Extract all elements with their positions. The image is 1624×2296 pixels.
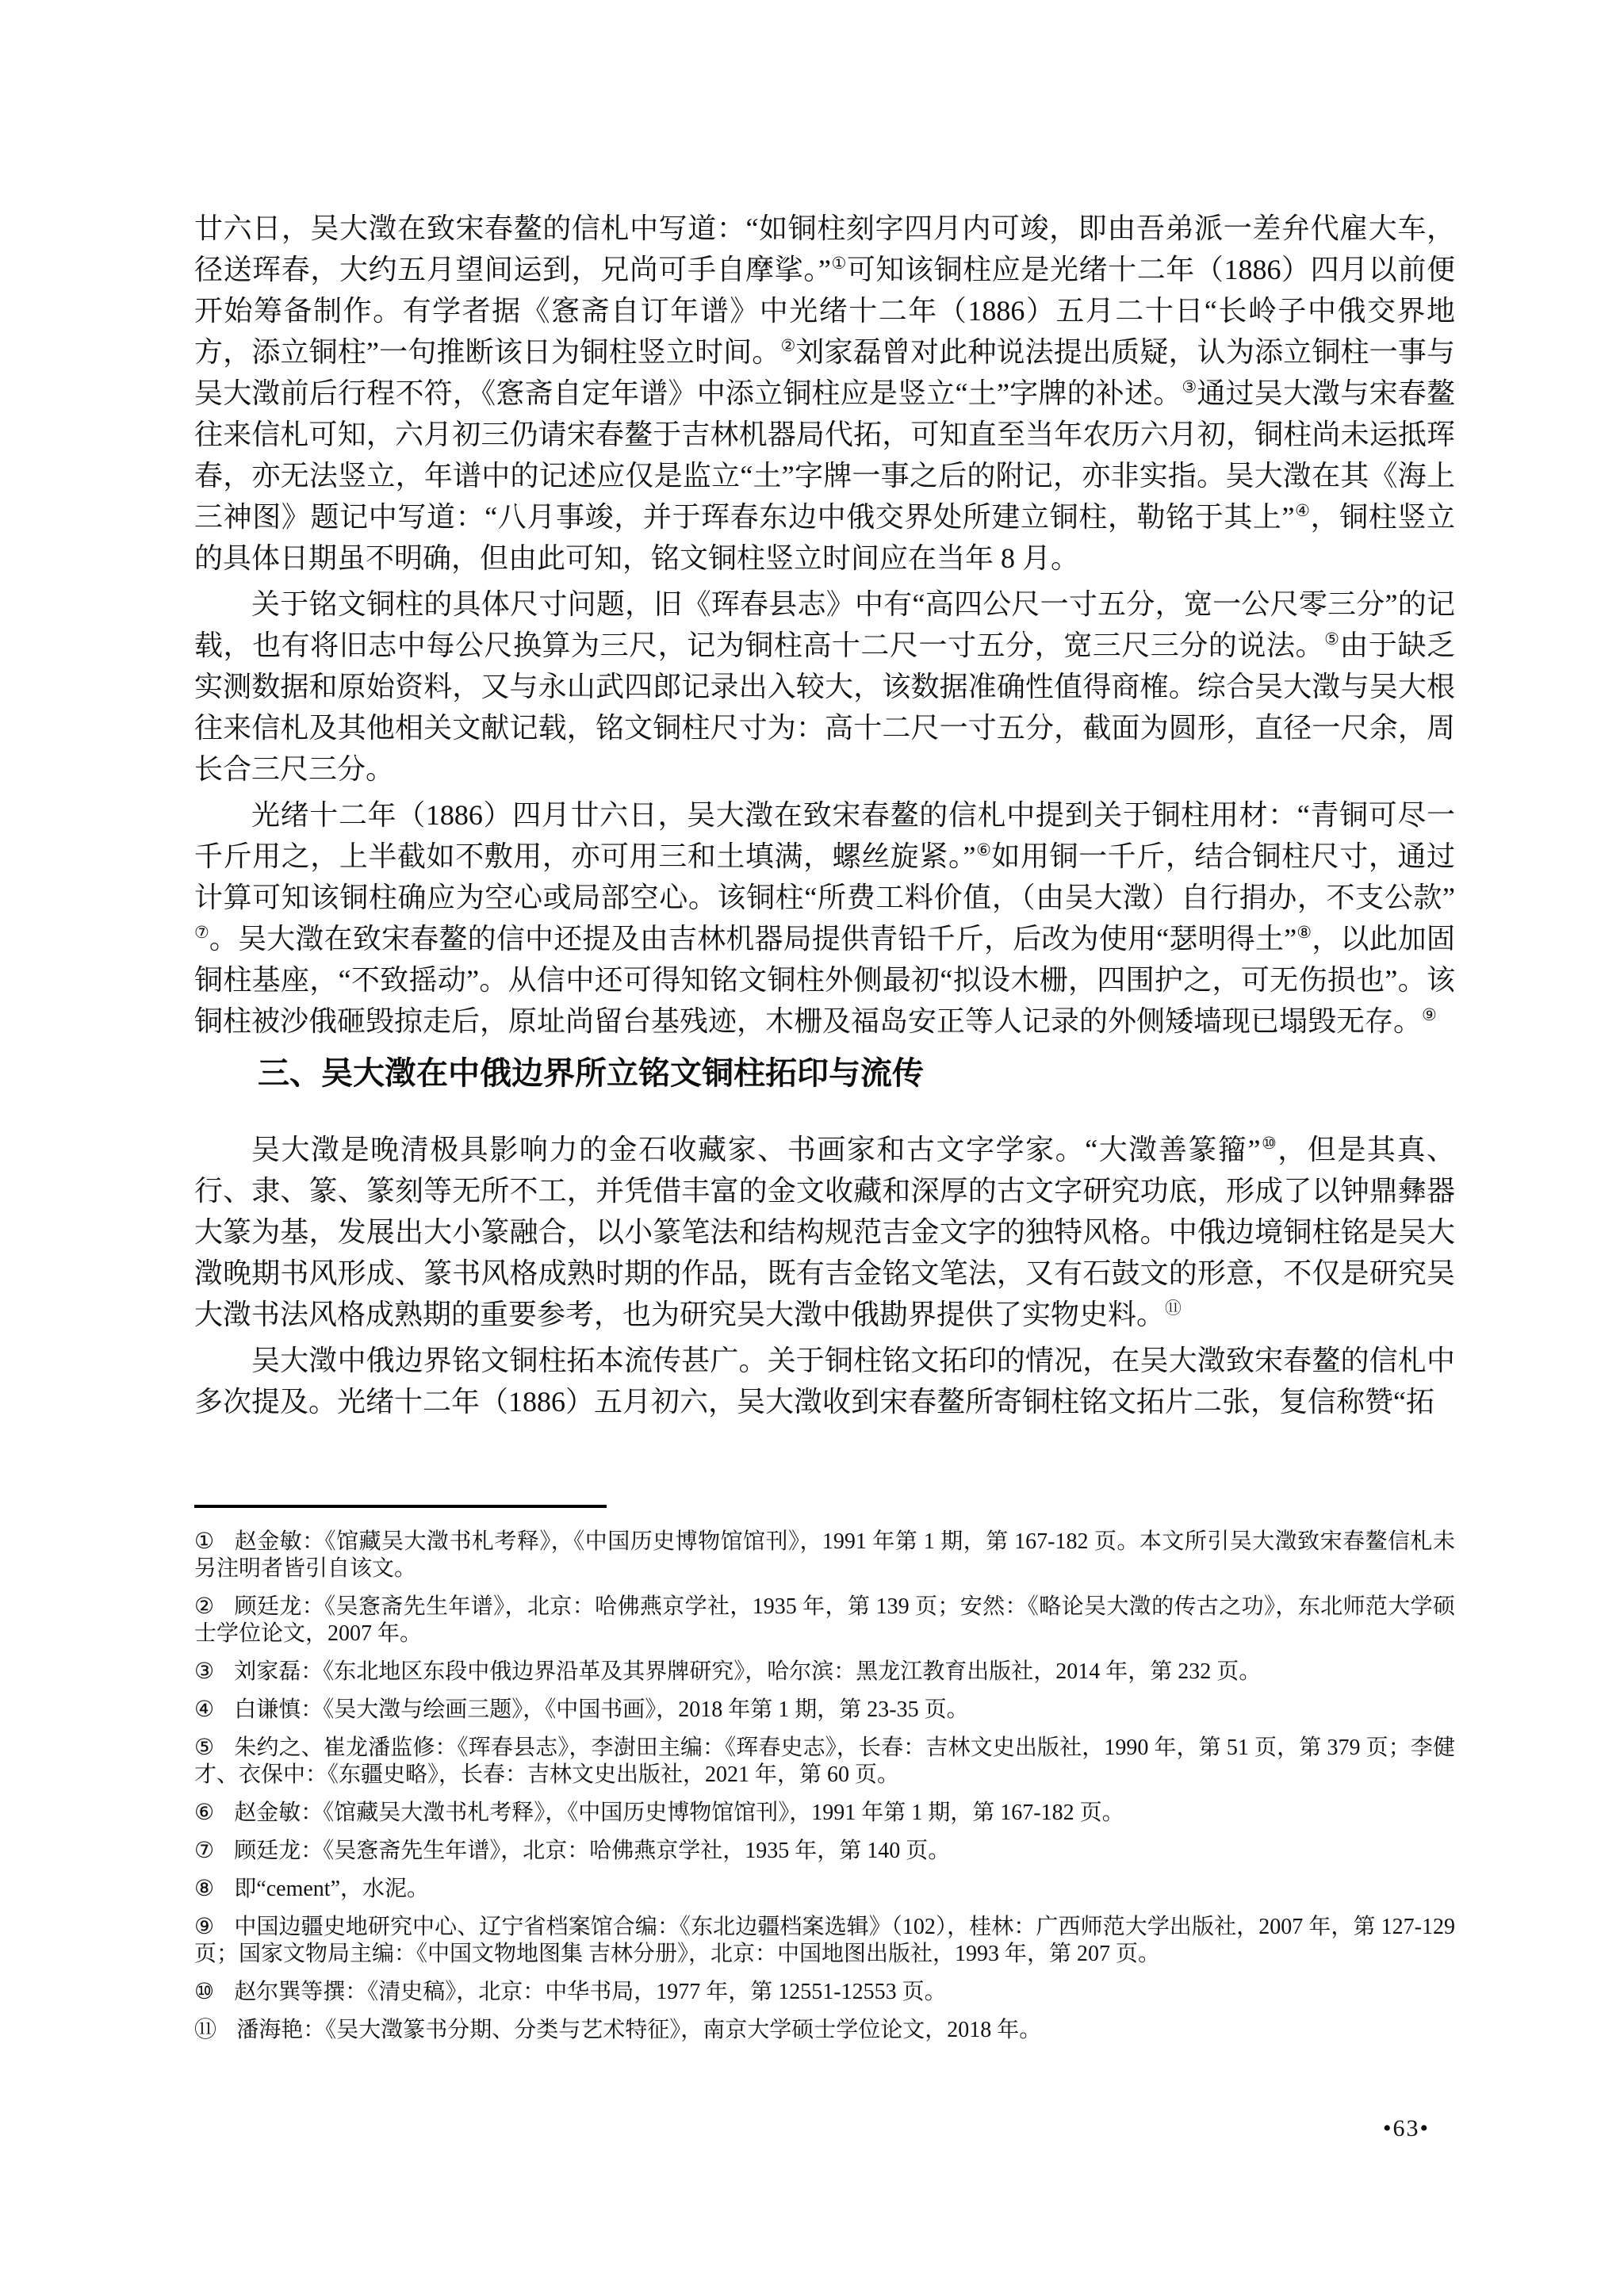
footnote-marker: ④ bbox=[194, 1697, 214, 1722]
footnote-8: ⑧即“cement”，水泥。 bbox=[194, 1876, 1455, 1903]
footnote-marker: ⑩ bbox=[194, 1980, 214, 2004]
paragraph-3: 光绪十二年（1886）四月廿六日，吴大澂在致宋春鳌的信札中提到关于铜柱用材：“青… bbox=[194, 794, 1455, 1042]
footnote-marker: ⑪ bbox=[194, 2018, 216, 2042]
footnote-text: 顾廷龙：《吴愙斋先生年谱》，北京：哈佛燕京学社，1935 年，第 139 页；安… bbox=[194, 1594, 1455, 1646]
paragraph-4: 吴大澂是晚清极具影响力的金石收藏家、书画家和古文字学家。“大澂善篆籀”⑩，但是其… bbox=[194, 1129, 1455, 1335]
footnote-11: ⑪潘海艳：《吴大澂篆书分期、分类与艺术特征》，南京大学硕士学位论文，2018 年… bbox=[194, 2017, 1455, 2044]
paragraph-1: 廿六日，吴大澂在致宋春鳌的信札中写道：“如铜柱刻字四月内可竣，即由吾弟派一差弁代… bbox=[194, 208, 1455, 579]
footnote-marker: ⑤ bbox=[194, 1735, 214, 1760]
footnotes-section: ①赵金敏：《馆藏吴大澂书札考释》，《中国历史博物馆馆刊》，1991 年第 1 期… bbox=[194, 1505, 1455, 2055]
footnote-text: 顾廷龙：《吴愙斋先生年谱》，北京：哈佛燕京学社，1935 年，第 140 页。 bbox=[234, 1839, 950, 1863]
footnote-marker: ⑦ bbox=[194, 1839, 214, 1863]
footnote-text: 即“cement”，水泥。 bbox=[234, 1877, 429, 1901]
footnote-4: ④白谦慎：《吴大澂与绘画三题》，《中国书画》，2018 年第 1 期，第 23-… bbox=[194, 1697, 1455, 1724]
article-body: 廿六日，吴大澂在致宋春鳌的信札中写道：“如铜柱刻字四月内可竣，即由吾弟派一差弁代… bbox=[194, 208, 1455, 1427]
footnote-1: ①赵金敏：《馆藏吴大澂书札考释》，《中国历史博物馆馆刊》，1991 年第 1 期… bbox=[194, 1529, 1455, 1582]
footnote-text: 朱约之、崔龙潘监修：《珲春县志》，李澍田主编：《珲春史志》，长春：吉林文史出版社… bbox=[194, 1735, 1455, 1787]
footnote-2: ②顾廷龙：《吴愙斋先生年谱》，北京：哈佛燕京学社，1935 年，第 139 页；… bbox=[194, 1594, 1455, 1647]
document-page: 廿六日，吴大澂在致宋春鳌的信札中写道：“如铜柱刻字四月内可竣，即由吾弟派一差弁代… bbox=[0, 0, 1624, 2296]
footnote-text: 刘家磊：《东北地区东段中俄边界沿革及其界牌研究》，哈尔滨：黑龙江教育出版社，20… bbox=[234, 1659, 1261, 1684]
paragraph-5: 吴大澂中俄边界铭文铜柱拓本流传甚广。关于铜柱铭文拓印的情况，在吴大澂致宋春鳌的信… bbox=[194, 1340, 1455, 1422]
footnote-7: ⑦顾廷龙：《吴愙斋先生年谱》，北京：哈佛燕京学社，1935 年，第 140 页。 bbox=[194, 1838, 1455, 1865]
paragraph-2: 关于铭文铜柱的具体尺寸问题，旧《珲春县志》中有“高四公尺一寸五分，宽一公尺零三分… bbox=[194, 584, 1455, 790]
footnote-marker: ③ bbox=[194, 1659, 214, 1684]
footnote-marker: ⑨ bbox=[194, 1915, 214, 1939]
footnote-text: 赵金敏：《馆藏吴大澂书札考释》，《中国历史博物馆馆刊》，1991 年第 1 期，… bbox=[234, 1800, 1124, 1825]
footnote-9: ⑨中国边疆史地研究中心、辽宁省档案馆合编：《东北边疆档案选辑》（102），桂林：… bbox=[194, 1914, 1455, 1968]
footnote-text: 白谦慎：《吴大澂与绘画三题》，《中国书画》，2018 年第 1 期，第 23-3… bbox=[234, 1697, 968, 1722]
footnote-separator bbox=[194, 1505, 607, 1508]
footnote-text: 赵尔巽等撰：《清史稿》，北京：中华书局，1977 年，第 12551-12553… bbox=[234, 1980, 946, 2004]
footnote-10: ⑩赵尔巽等撰：《清史稿》，北京：中华书局，1977 年，第 12551-1255… bbox=[194, 1979, 1455, 2006]
footnote-marker: ① bbox=[194, 1529, 215, 1554]
page-number: •63• bbox=[1383, 2115, 1430, 2142]
footnote-marker: ⑧ bbox=[194, 1877, 214, 1901]
footnote-text: 潘海艳：《吴大澂篆书分期、分类与艺术特征》，南京大学硕士学位论文，2018 年。 bbox=[236, 2018, 1041, 2042]
footnote-3: ③刘家磊：《东北地区东段中俄边界沿革及其界牌研究》，哈尔滨：黑龙江教育出版社，2… bbox=[194, 1659, 1455, 1686]
footnote-6: ⑥赵金敏：《馆藏吴大澂书札考释》，《中国历史博物馆馆刊》，1991 年第 1 期… bbox=[194, 1800, 1455, 1827]
footnote-marker: ② bbox=[194, 1594, 214, 1619]
footnote-text: 赵金敏：《馆藏吴大澂书札考释》，《中国历史博物馆馆刊》，1991 年第 1 期，… bbox=[194, 1529, 1455, 1581]
section-heading: 三、吴大澂在中俄边界所立铭文铜柱拓印与流传 bbox=[194, 1054, 1455, 1093]
footnote-marker: ⑥ bbox=[194, 1800, 214, 1825]
footnote-text: 中国边疆史地研究中心、辽宁省档案馆合编：《东北边疆档案选辑》（102），桂林：广… bbox=[194, 1915, 1455, 1966]
footnote-5: ⑤朱约之、崔龙潘监修：《珲春县志》，李澍田主编：《珲春史志》，长春：吉林文史出版… bbox=[194, 1735, 1455, 1789]
